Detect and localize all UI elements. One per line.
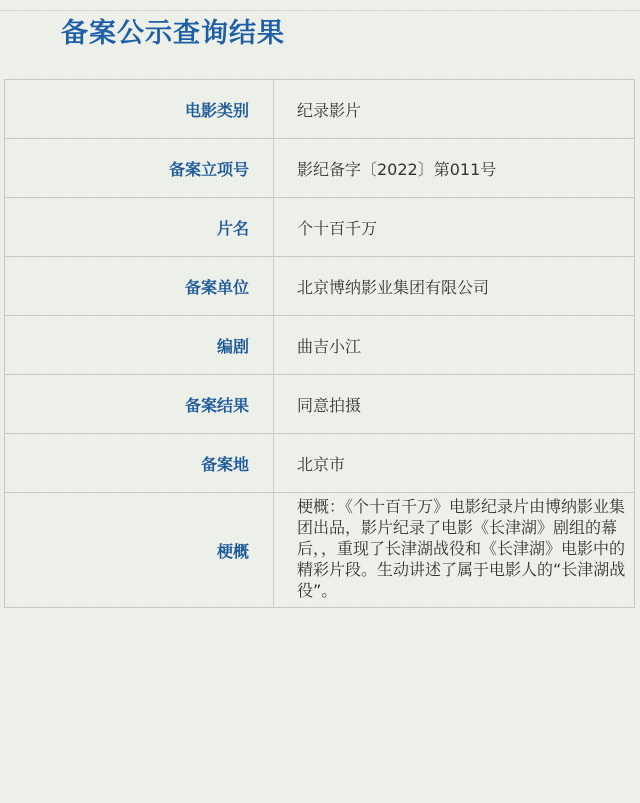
row-label: 编剧: [5, 316, 274, 375]
row-value: 梗概：《个十百千万》电影纪录片由博纳影业集团出品，影片纪录了电影《长津湖》剧组的…: [274, 493, 635, 608]
table-row-filing-company: 备案单位 北京博纳影业集团有限公司: [5, 257, 635, 316]
row-value: 纪录影片: [274, 80, 635, 139]
page-title: 备案公示查询结果: [61, 14, 285, 54]
table-row-film-category: 电影类别 纪录影片: [5, 80, 635, 139]
top-divider: [0, 10, 640, 11]
row-value: 北京市: [274, 434, 635, 493]
filing-result-table: 电影类别 纪录影片 备案立项号 影纪备字〔2022〕第011号 片名 个十百千万…: [4, 79, 635, 608]
row-value: 影纪备字〔2022〕第011号: [274, 139, 635, 198]
row-value: 北京博纳影业集团有限公司: [274, 257, 635, 316]
row-value: 同意拍摄: [274, 375, 635, 434]
row-value: 曲吉小江: [274, 316, 635, 375]
table-row-filing-number: 备案立项号 影纪备字〔2022〕第011号: [5, 139, 635, 198]
row-label: 片名: [5, 198, 274, 257]
row-label: 梗概: [5, 493, 274, 608]
table-row-synopsis: 梗概 梗概：《个十百千万》电影纪录片由博纳影业集团出品，影片纪录了电影《长津湖》…: [5, 493, 635, 608]
table-row-film-title: 片名 个十百千万: [5, 198, 635, 257]
table-row-screenwriter: 编剧 曲吉小江: [5, 316, 635, 375]
row-label: 电影类别: [5, 80, 274, 139]
row-label: 备案立项号: [5, 139, 274, 198]
table-row-filing-location: 备案地 北京市: [5, 434, 635, 493]
row-label: 备案结果: [5, 375, 274, 434]
row-value: 个十百千万: [274, 198, 635, 257]
table-row-filing-result: 备案结果 同意拍摄: [5, 375, 635, 434]
row-label: 备案地: [5, 434, 274, 493]
row-label: 备案单位: [5, 257, 274, 316]
